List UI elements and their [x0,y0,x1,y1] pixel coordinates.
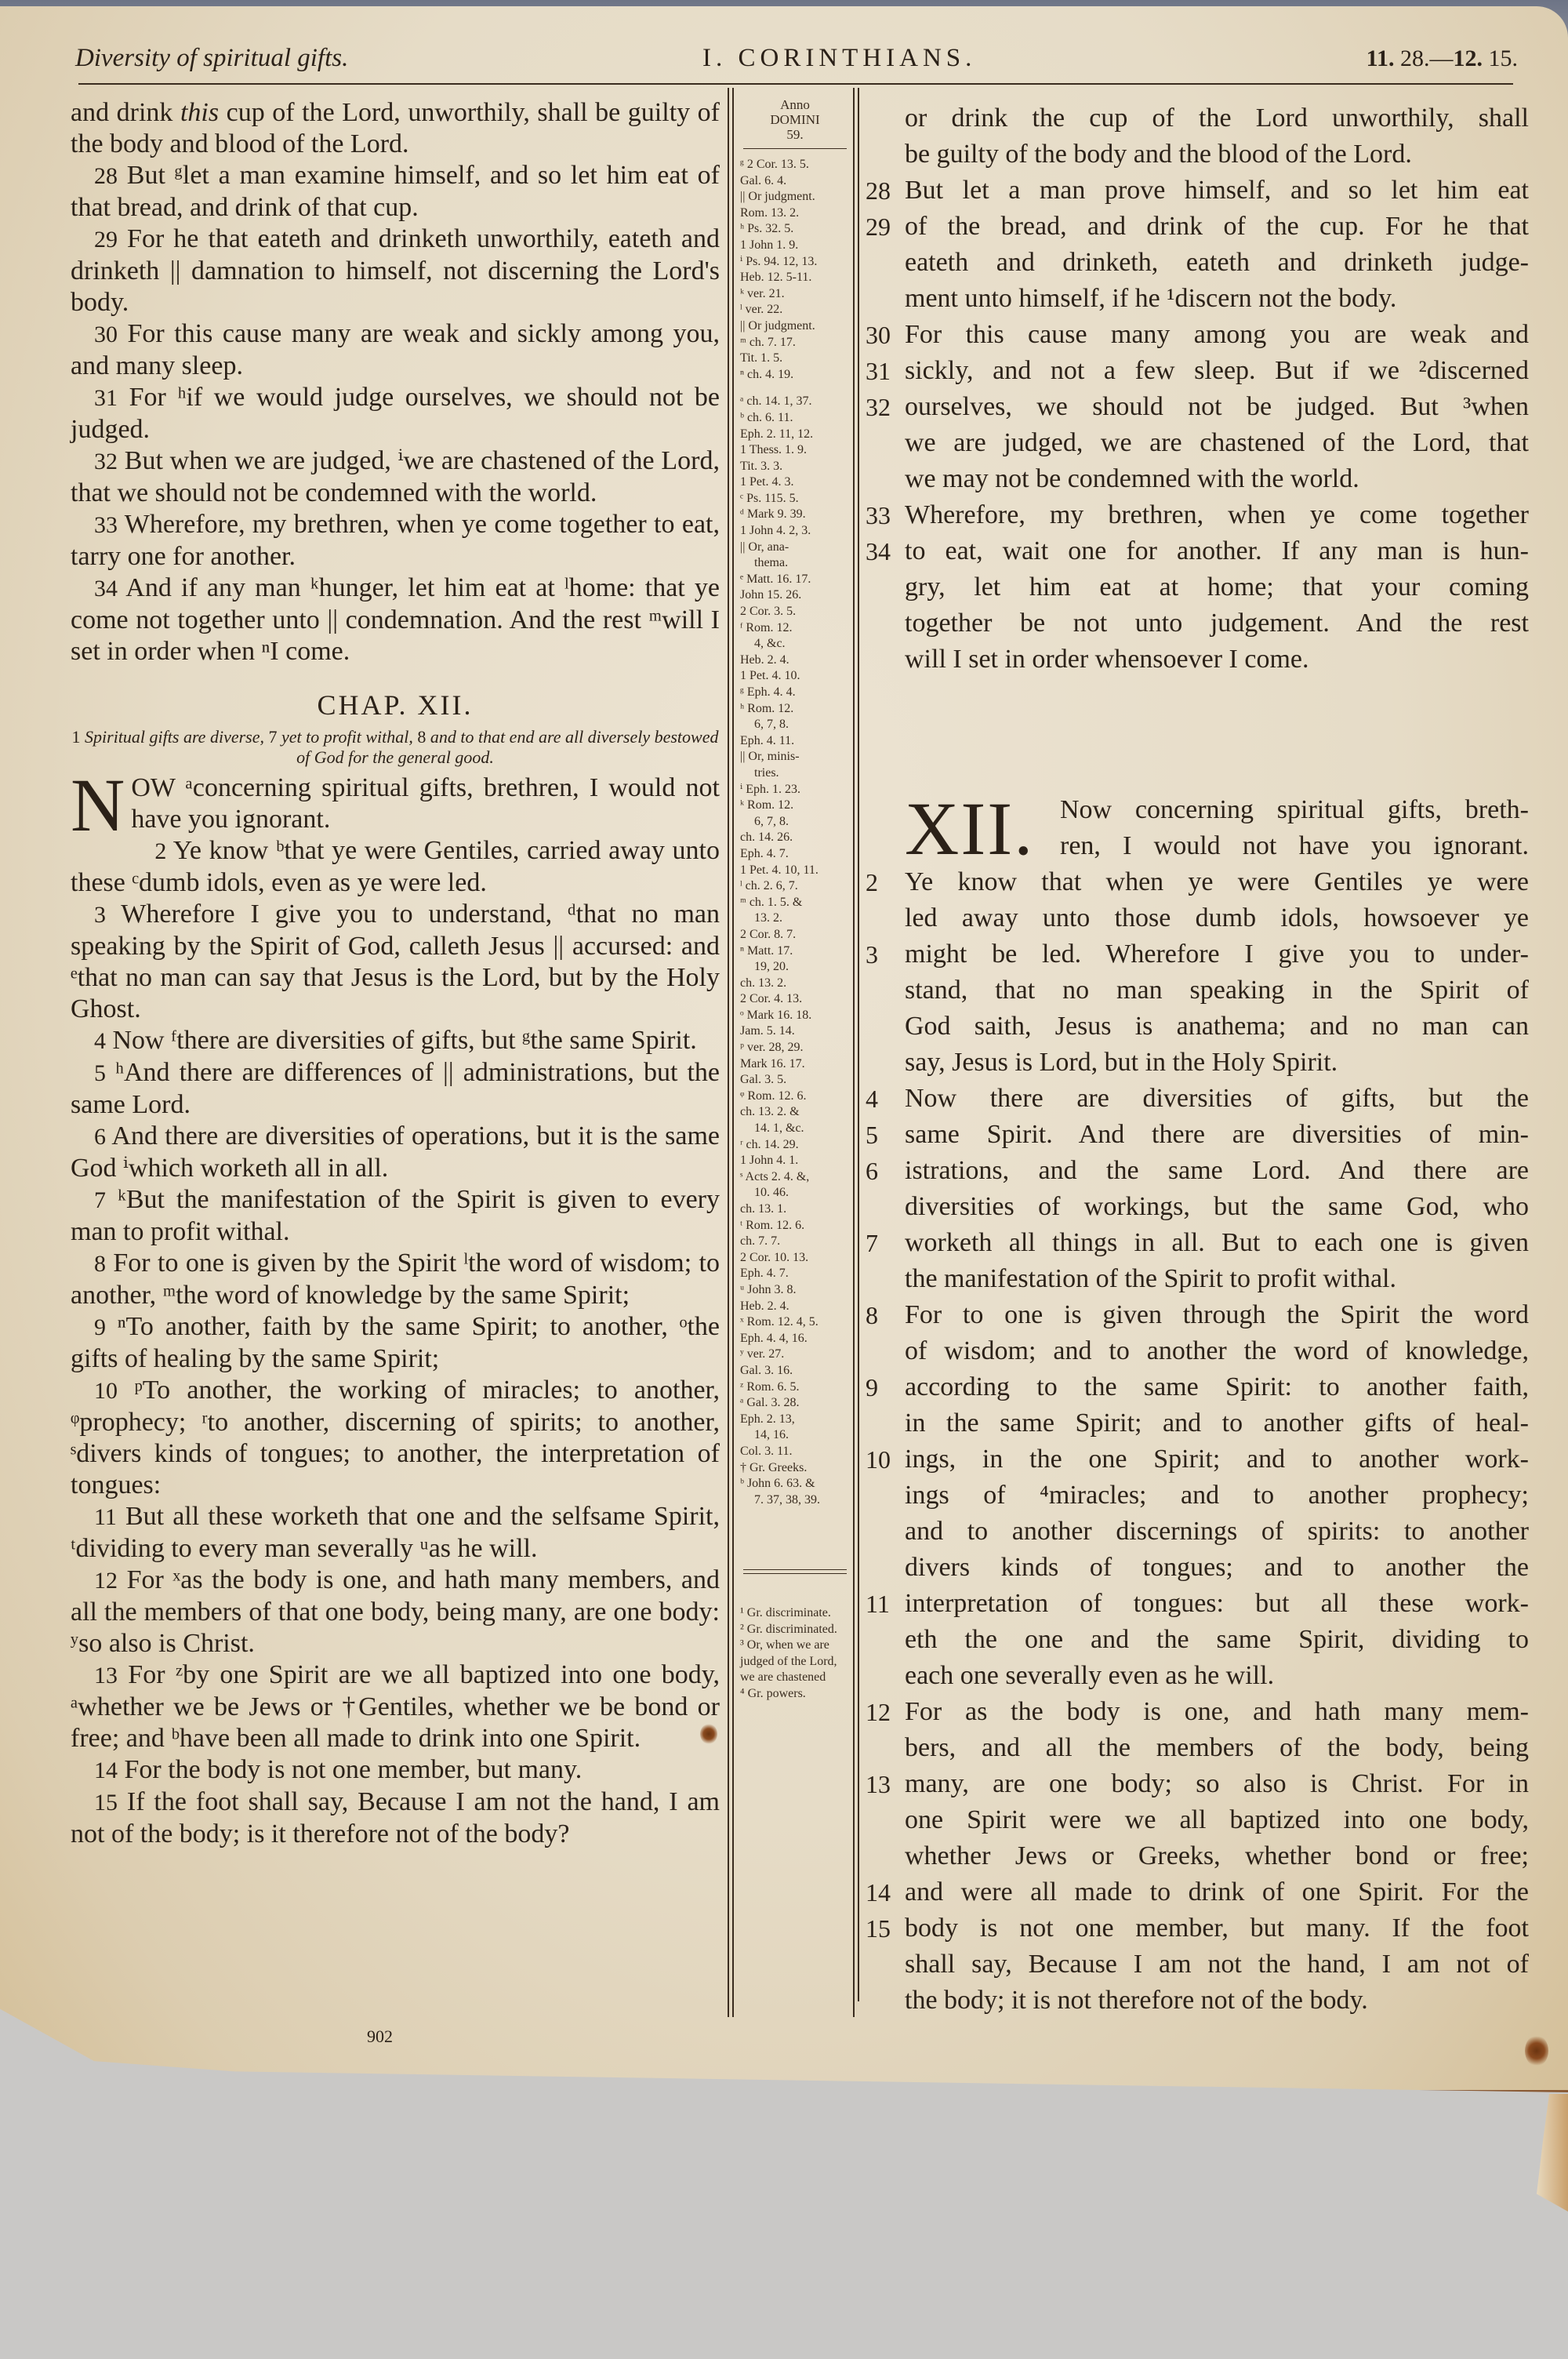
line-text: Wherefore, my brethren, when ye come tog… [905,500,1529,529]
cross-reference: Heb. 12. 5-11. [740,270,850,286]
text-line: shall say, Because I am not the hand, I … [862,1946,1529,1983]
verse-text: And if any man ᵏhunger, let him eat at ˡ… [71,573,720,666]
line-text: might be led. Wherefore I give you to un… [905,940,1529,969]
cross-reference: ᵐ ch. 1. 5. & [740,895,850,911]
text-line: be guilty of the body and the blood of t… [862,136,1529,173]
cross-reference: ˢ Acts 2. 4. &, [740,1169,850,1186]
cross-reference: ᵒ Mark 16. 18. [740,1008,850,1024]
text-line: stand, that no man speaking in the Spiri… [862,972,1529,1009]
cross-reference: John 15. 26. [740,587,850,604]
verse-number: 28 [866,173,891,209]
cross-reference: ᵖ ver. 28, 29. [740,1040,850,1056]
cross-reference: 1 John 4. 2, 3. [740,523,850,540]
line-text: ings of ⁴miracles; and to another prophe… [905,1481,1529,1510]
text-line: eateth and drinketh, eateth and drinketh… [862,245,1529,281]
running-head: Diversity of spiritual gifts. I. CORINTH… [75,44,1518,80]
column-rule [858,88,859,2001]
cross-reference: ʰ Ps. 32. 5. [740,221,850,238]
line-text: interpretation of tongues: but all these… [905,1589,1529,1618]
verse-number: 33 [866,497,891,533]
cross-reference: ᶜ Ps. 115. 5. [740,491,850,507]
cross-reference: ᵘ John 3. 8. [740,1282,850,1299]
line-text: of wisdom; and to another the word of kn… [905,1336,1529,1365]
verse-number: 31 [94,385,118,411]
line-text: Now there are diversities of gifts, but … [905,1084,1529,1113]
footnotes: ¹ Gr. discriminate.² Gr. discriminated.³… [740,1605,850,1702]
verse-text: For the body is not one member, but many… [118,1755,582,1784]
verse-number: 6 [866,1153,878,1189]
text-line: 4 Now there are diversities of gifts, bu… [862,1081,1529,1117]
verse-text: ᵏBut the manifestation of the Spirit is … [71,1185,720,1246]
line-text: sickly, and not a few sleep. But if we ²… [905,356,1529,385]
revised-version-column: or drink the cup of the Lord unworthily,… [862,100,1529,2019]
verse-text: ʰAnd there are differences of || adminis… [71,1058,720,1119]
verse-text: OW ᵃconcerning spiritual gifts, brethren… [131,773,720,834]
line-text: ings, in the one Spirit; and to another … [905,1445,1529,1474]
text-line: diversities of workings, but the same Go… [862,1189,1529,1225]
line-text: together be not unto judgement. And the … [905,609,1529,638]
footnote: ¹ Gr. discriminate. [740,1605,850,1622]
verse-number: 4 [866,1081,878,1117]
verse-text: Wherefore, my brethren, when ye come tog… [71,510,720,571]
verse-number: 8 [94,1251,106,1277]
verse: 4 Now ᶠthere are diversities of gifts, b… [71,1025,720,1057]
line-text: shall say, Because I am not the hand, I … [905,1950,1529,1979]
line-text: ment unto himself, if he ¹discern not th… [905,284,1396,313]
text-line: we may not be condemned with the world. [862,461,1529,497]
chapter-11-verses: 28 But ᵍlet a man examine himself, and s… [71,160,720,667]
text-line: in the same Spirit; and to another gifts… [862,1405,1529,1441]
verse-text: If the foot shall say, Because I am not … [71,1787,720,1848]
text-line: bers, and all the members of the body, b… [862,1730,1529,1766]
cross-reference: 2 Cor. 10. 13. [740,1250,850,1267]
cross-reference: 14. 1, &c. [740,1121,850,1137]
cross-reference: ᵠ Rom. 12. 6. [740,1089,850,1105]
text-line: will I set in order whensoever I come. [862,642,1529,678]
verse-number: 34 [866,533,891,569]
text-line: ren, I would not have you ignorant. [862,828,1529,864]
text-line: 11interpretation of tongues: but all the… [862,1586,1529,1622]
verse-text: ᵖTo another, the working of miracles; to… [71,1376,720,1499]
page-number: 902 [367,2026,393,2047]
range-chapter-end: 12. [1454,45,1483,71]
verse-text: But all these worketh that one and the s… [71,1502,720,1563]
cross-reference: ʳ ch. 14. 29. [740,1137,850,1154]
drop-cap: N [71,774,125,837]
cross-reference: ⁿ ch. 4. 19. [740,367,850,383]
running-head-title: Diversity of spiritual gifts. [75,44,348,73]
line-text: say, Jesus is Lord, but in the Holy Spir… [905,1048,1338,1077]
cross-reference: Eph. 4. 4, 16. [740,1331,850,1347]
spacer [740,383,850,394]
line-text: each one severally even as he will. [905,1661,1274,1690]
text-line: 31sickly, and not a few sleep. But if we… [862,353,1529,389]
verse-1: NOW ᵃconcerning spiritual gifts, brethre… [71,772,720,835]
verse-number: 11 [94,1504,117,1530]
cross-reference: ᵐ ch. 7. 17. [740,335,850,351]
authorized-version-column: and drink this cup of the Lord, unworthi… [71,97,720,1850]
line-text: For as the body is one, and hath many me… [905,1697,1529,1726]
range-verse-end: 15. [1483,45,1518,71]
verse-text: ⁿTo another, faith by the same Spirit; t… [71,1312,720,1373]
cross-reference: 13. 2. [740,911,850,927]
anno-label: Anno [740,97,850,112]
text-line: the body; it is not therefore not of the… [862,1983,1529,2019]
anno-rule [743,148,847,149]
text-line: ings of ⁴miracles; and to another prophe… [862,1478,1529,1514]
cross-reference: ⁱ Eph. 1. 23. [740,782,850,798]
summary-num: 7 [268,727,277,747]
line-text: God saith, Jesus is anathema; and no man… [905,1012,1529,1041]
line-text: worketh all things in all. But to each o… [905,1228,1529,1257]
verse-number: 5 [94,1060,106,1086]
verse: 15 If the foot shall say, Because I am n… [71,1787,720,1850]
stain-mark [1525,2035,1548,2066]
text-line: divers kinds of tongues; and to another … [862,1550,1529,1586]
year-value: 59. [740,127,850,142]
cross-reference: ᵃ Gal. 3. 28. [740,1395,850,1412]
cross-reference: ᵇ ch. 6. 11. [740,410,850,427]
verse: 8 For to one is given by the Spirit ˡthe… [71,1248,720,1311]
line-text: body is not one member, but many. If the… [905,1914,1529,1943]
cross-reference: 2 Cor. 3. 5. [740,604,850,620]
line-text: one Spirit were we all baptized into one… [905,1805,1529,1834]
margin-references: Anno DOMINI 59. ᵍ 2 Cor. 13. 5.Gal. 6. 4… [740,97,850,1702]
cross-reference: || Or judgment. [740,318,850,335]
text-line: or drink the cup of the Lord unworthily,… [862,100,1529,136]
verse: 12 For ˣas the body is one, and hath man… [71,1565,720,1659]
cross-reference: Mark 16. 17. [740,1056,850,1073]
text-line: 33Wherefore, my brethren, when ye come t… [862,497,1529,533]
verse-number: 28 [94,163,118,189]
verse-number: 6 [94,1124,106,1150]
cross-reference: 19, 20. [740,959,850,976]
verse-text: For this cause many are weak and sickly … [71,319,720,380]
verse-number: 15 [94,1790,118,1816]
cross-reference: Heb. 2. 4. [740,652,850,669]
verse: 33 Wherefore, my brethren, when ye come … [71,509,720,572]
verse-number: 33 [94,512,118,538]
anno-domini: Anno DOMINI 59. [740,97,850,142]
text-line: eth the one and the same Spirit, dividin… [862,1622,1529,1658]
cross-reference: ˣ Rom. 12. 4, 5. [740,1314,850,1331]
text-line: whether Jews or Greeks, whether bond or … [862,1838,1529,1874]
text-line: 30For this cause many among you are weak… [862,317,1529,353]
text-line: one Spirit were we all baptized into one… [862,1802,1529,1838]
line-text: stand, that no man speaking in the Spiri… [905,976,1529,1005]
cross-reference: ⁱ Ps. 94. 12, 13. [740,254,850,271]
verse: 9 ⁿTo another, faith by the same Spirit;… [71,1311,720,1375]
verse-number: 34 [94,576,118,602]
text-line: ment unto himself, if he ¹discern not th… [862,281,1529,317]
verse: 11 But all these worketh that one and th… [71,1501,720,1565]
summary-text: Spiritual gifts are diverse, [85,727,264,747]
verse: 31 For ʰif we would judge ourselves, we … [71,382,720,445]
text-line: of wisdom; and to another the word of kn… [862,1333,1529,1369]
line-text: to eat, wait one for another. If any man… [905,536,1529,565]
verse: 10 ᵖTo another, the working of miracles;… [71,1375,720,1501]
cross-reference: ᵍ Eph. 4. 4. [740,685,850,701]
cross-reference: ch. 14. 26. [740,830,850,846]
cross-reference: Jam. 5. 14. [740,1023,850,1040]
refs-chapter-12: ᵃ ch. 14. 1, 37.ᵇ ch. 6. 11.Eph. 2. 11, … [740,394,850,1508]
rv-chapter-12: 2Ye know that when ye were Gentiles ye w… [862,864,1529,2019]
continuation-paragraph: and drink this cup of the Lord, unworthi… [71,97,720,160]
text-line: God saith, Jesus is anathema; and no man… [862,1009,1529,1045]
column-rule [728,88,729,2017]
verse-number: 15 [866,1910,891,1946]
line-text: For to one is given through the Spirit t… [905,1300,1529,1329]
footnote: ⁴ Gr. powers. [740,1686,850,1703]
text-line: 2Ye know that when ye were Gentiles ye w… [862,864,1529,900]
text-line: gry, let him eat at home; that your comi… [862,569,1529,605]
line-text: we may not be condemned with the world. [905,464,1359,493]
cross-reference: Rom. 13. 2. [740,205,850,222]
verse-number: 13 [94,1663,118,1688]
verse-number: 30 [866,317,891,353]
verse-text: Ye know ᵇthat ye were Gentiles, carried … [71,836,720,897]
verse-text: For to one is given by the Spirit ˡthe w… [71,1249,720,1310]
line-text: led away unto those dumb idols, howsoeve… [905,903,1529,932]
range-chapter-start: 11. [1367,45,1395,71]
verse-text: For ˣas the body is one, and hath many m… [71,1565,720,1658]
verse-text: Now ᶠthere are diversities of gifts, but… [106,1026,697,1055]
verse-text: For ʰif we would judge ourselves, we sho… [71,383,720,444]
cross-reference: || Or, minis- [740,749,850,765]
line-text: istrations, and the same Lord. And there… [905,1156,1529,1185]
line-text: and were all made to drink of one Spirit… [905,1877,1529,1906]
cross-reference: ᵗ Rom. 12. 6. [740,1218,850,1234]
verse-number: 9 [866,1369,878,1405]
verse-number: 12 [94,1568,118,1594]
cross-reference: ᵉ Matt. 16. 17. [740,572,850,588]
verse: 13 For ᶻby one Spirit are we all baptize… [71,1659,720,1754]
line-text: the body; it is not therefore not of the… [905,1986,1368,2015]
cross-reference: Col. 3. 11. [740,1444,850,1460]
cross-reference: 1 Pet. 4. 3. [740,474,850,491]
line-text: and to another discernings of spirits: t… [905,1517,1529,1546]
cross-reference: Gal. 6. 4. [740,173,850,190]
text-line: 5same Spirit. And there are diversities … [862,1117,1529,1153]
text-line: 3might be led. Wherefore I give you to u… [862,936,1529,972]
cross-reference: ch. 13. 2. [740,976,850,992]
line-text: according to the same Spirit: to another… [905,1372,1529,1401]
cross-reference: ˡ ver. 22. [740,302,850,318]
running-head-book: I. CORINTHIANS. [702,44,976,73]
cross-reference: thema. [740,555,850,572]
cross-reference: Eph. 2. 13, [740,1412,850,1428]
summary-num: 1 [72,727,81,747]
verse: 7 ᵏBut the manifestation of the Spirit i… [71,1184,720,1248]
verse-number: 14 [94,1757,118,1783]
cross-reference: 1 Pet. 4. 10. [740,668,850,685]
cross-reference: 10. 46. [740,1185,850,1201]
verse-number: 7 [94,1187,106,1213]
cross-reference: ᵍ 2 Cor. 13. 5. [740,157,850,173]
cross-reference: Eph. 4. 11. [740,733,850,750]
domini-label: DOMINI [740,112,850,127]
chapter-summary: 1 Spiritual gifts are diverse, 7 yet to … [71,727,720,768]
verse-number: 31 [866,353,891,389]
range-verse-start: 28.— [1395,45,1454,71]
text-line: Now concerning spiritual gifts, breth- [862,792,1529,828]
text-line: 8For to one is given through the Spirit … [862,1297,1529,1333]
cross-reference: † Gr. Greeks. [740,1460,850,1477]
line-text: or drink the cup of the Lord unworthily,… [905,104,1529,133]
cross-reference: 1 Pet. 4. 10, 11. [740,863,850,879]
line-text: gry, let him eat at home; that your comi… [905,572,1529,602]
line-text: be guilty of the body and the blood of t… [905,140,1412,169]
verse: 30 For this cause many are weak and sick… [71,318,720,382]
verse: 14 For the body is not one member, but m… [71,1754,720,1787]
cross-reference: ᵃ ch. 14. 1, 37. [740,394,850,410]
cross-reference: 2 Cor. 8. 7. [740,927,850,943]
text-line: 28But let a man prove himself, and so le… [862,173,1529,209]
refs-chapter-11: ᵍ 2 Cor. 13. 5.Gal. 6. 4.|| Or judgment.… [740,157,850,383]
text-line: 6istrations, and the same Lord. And ther… [862,1153,1529,1189]
verse-number: 29 [866,209,891,245]
text-line: led away unto those dumb idols, howsoeve… [862,900,1529,936]
verse-text: But when we are judged, ⁱwe are chastene… [71,446,720,507]
cross-reference: 4, &c. [740,636,850,652]
verse-text: For he that eateth and drinketh unworthi… [71,224,720,317]
cross-reference: ᵏ Rom. 12. [740,798,850,814]
line-text: will I set in order whensoever I come. [905,645,1309,674]
cross-reference: Eph. 4. 7. [740,846,850,863]
italic-text: this [180,98,219,127]
verse-text: And there are diversities of operations,… [71,1121,720,1183]
chapter-heading: CHAP. XII. [71,689,720,721]
cross-reference: tries. [740,765,850,782]
text-line: 13many, are one body; so also is Christ.… [862,1766,1529,1802]
cross-reference: 2 Cor. 4. 13. [740,991,850,1008]
verse-text: For ᶻby one Spirit are we all baptized i… [71,1660,720,1753]
verse-number: 29 [94,227,118,253]
verse-number: 3 [94,902,106,928]
cross-reference: 14, 16. [740,1427,850,1444]
footnote-rules [743,1569,847,1574]
text: and drink [71,98,180,127]
column-rule [732,88,734,2017]
cross-reference: || Or, ana- [740,540,850,556]
summary-num: 8 [417,727,426,747]
summary-text: yet to profit withal, [281,727,413,747]
line-text: For this cause many among you are weak a… [905,320,1529,349]
line-text: the manifestation of the Spirit to profi… [905,1264,1396,1293]
cross-reference: Gal. 3. 5. [740,1072,850,1089]
text-line: the manifestation of the Spirit to profi… [862,1261,1529,1297]
verse: 5 ʰAnd there are differences of || admin… [71,1057,720,1121]
cross-reference: Heb. 2. 4. [740,1299,850,1315]
text-line: and to another discernings of spirits: t… [862,1514,1529,1550]
cross-reference: Gal. 3. 16. [740,1363,850,1379]
verse: 6 And there are diversities of operation… [71,1121,720,1184]
cross-reference: ˡ ch. 2. 6, 7. [740,878,850,895]
cross-reference: ᶠ Rom. 12. [740,620,850,637]
chapter-12-verses: 2 Ye know ᵇthat ye were Gentiles, carrie… [71,835,720,1850]
verse-number: 4 [94,1028,106,1054]
text-line: 29of the bread, and drink of the cup. Fo… [862,209,1529,245]
verse-number: 12 [866,1694,891,1730]
line-text: divers kinds of tongues; and to another … [905,1553,1529,1582]
line-text: many, are one body; so also is Christ. F… [905,1769,1529,1798]
text-line: together be not unto judgement. And the … [862,605,1529,642]
cross-reference: 6, 7, 8. [740,814,850,831]
verse-text: Wherefore I give you to understand, ᵈtha… [71,900,720,1023]
verse: 32 But when we are judged, ⁱwe are chast… [71,445,720,509]
text-line: 14and were all made to drink of one Spir… [862,1874,1529,1910]
verse-number: 11 [866,1586,890,1622]
text-line: 34to eat, wait one for another. If any m… [862,533,1529,569]
line-text: eth the one and the same Spirit, dividin… [905,1625,1529,1654]
line-text: we are judged, we are chastened of the L… [905,428,1529,457]
cross-reference: ʰ Rom. 12. [740,701,850,718]
line-text: in the same Spirit; and to another gifts… [905,1408,1529,1438]
text-line: each one severally even as he will. [862,1658,1529,1694]
text-line: 7worketh all things in all. But to each … [862,1225,1529,1261]
cross-reference: Eph. 4. 7. [740,1266,850,1282]
line-text: Ye know that when ye were Gentiles ye we… [905,867,1529,896]
verse-number: 8 [866,1297,878,1333]
footnote: ² Gr. discriminated. [740,1622,850,1638]
verse-number: 30 [94,322,118,347]
verse-number: 2 [154,838,166,864]
verse-number: 32 [94,449,118,474]
header-rule [78,83,1513,85]
cross-reference: ᶻ Rom. 6. 5. [740,1379,850,1396]
rv-chapter-11: or drink the cup of the Lord unworthily,… [862,100,1529,678]
verse-number: 5 [866,1117,878,1153]
verse-number: 9 [94,1314,106,1340]
line-text: same Spirit. And there are diversities o… [905,1120,1529,1149]
verse-number: 7 [866,1225,878,1261]
line-text: of the bread, and drink of the cup. For … [905,212,1529,241]
chapter-12-opening: XII. Now concerning spiritual gifts, bre… [862,792,1529,864]
cross-reference: 7. 37, 38, 39. [740,1492,850,1509]
line-text: But let a man prove himself, and so let … [905,176,1529,205]
cross-reference: Eph. 2. 11, 12. [740,427,850,443]
verse: 28 But ᵍlet a man examine himself, and s… [71,160,720,224]
cross-reference: 6, 7, 8. [740,717,850,733]
verse-number: 2 [866,864,878,900]
cross-reference: ch. 13. 1. [740,1201,850,1218]
verse-number: 10 [94,1378,118,1404]
verse-number: 10 [866,1441,891,1478]
verse-number: 32 [866,389,891,425]
text-line: 10ings, in the one Spirit; and to anothe… [862,1441,1529,1478]
cross-reference: 1 Thess. 1. 9. [740,442,850,459]
text-line: 9according to the same Spirit: to anothe… [862,1369,1529,1405]
verse-number: 14 [866,1874,891,1910]
line-text: whether Jews or Greeks, whether bond or … [905,1841,1529,1870]
verse: 2 Ye know ᵇthat ye were Gentiles, carrie… [71,835,720,899]
cross-reference: ʸ ver. 27. [740,1347,850,1363]
running-head-range: 11. 28.—12. 15. [1367,45,1518,72]
verse-number: 3 [866,936,878,972]
column-rule [853,88,855,2017]
text-line: 32ourselves, we should not be judged. Bu… [862,389,1529,425]
text-line: we are judged, we are chastened of the L… [862,425,1529,461]
text-line: 12 For as the body is one, and hath many… [862,1694,1529,1730]
line-text: ourselves, we should not be judged. But … [905,392,1529,421]
verse: 3 Wherefore I give you to understand, ᵈt… [71,899,720,1025]
verse: 29 For he that eateth and drinketh unwor… [71,224,720,318]
line-text: bers, and all the members of the body, b… [905,1733,1529,1762]
line-text: diversities of workings, but the same Go… [905,1192,1529,1221]
footnote: ³ Or, when we are judged of the Lord, we… [740,1637,850,1686]
cross-reference: || Or judgment. [740,189,850,205]
verse-text: But ᵍlet a man examine himself, and so l… [71,161,720,222]
